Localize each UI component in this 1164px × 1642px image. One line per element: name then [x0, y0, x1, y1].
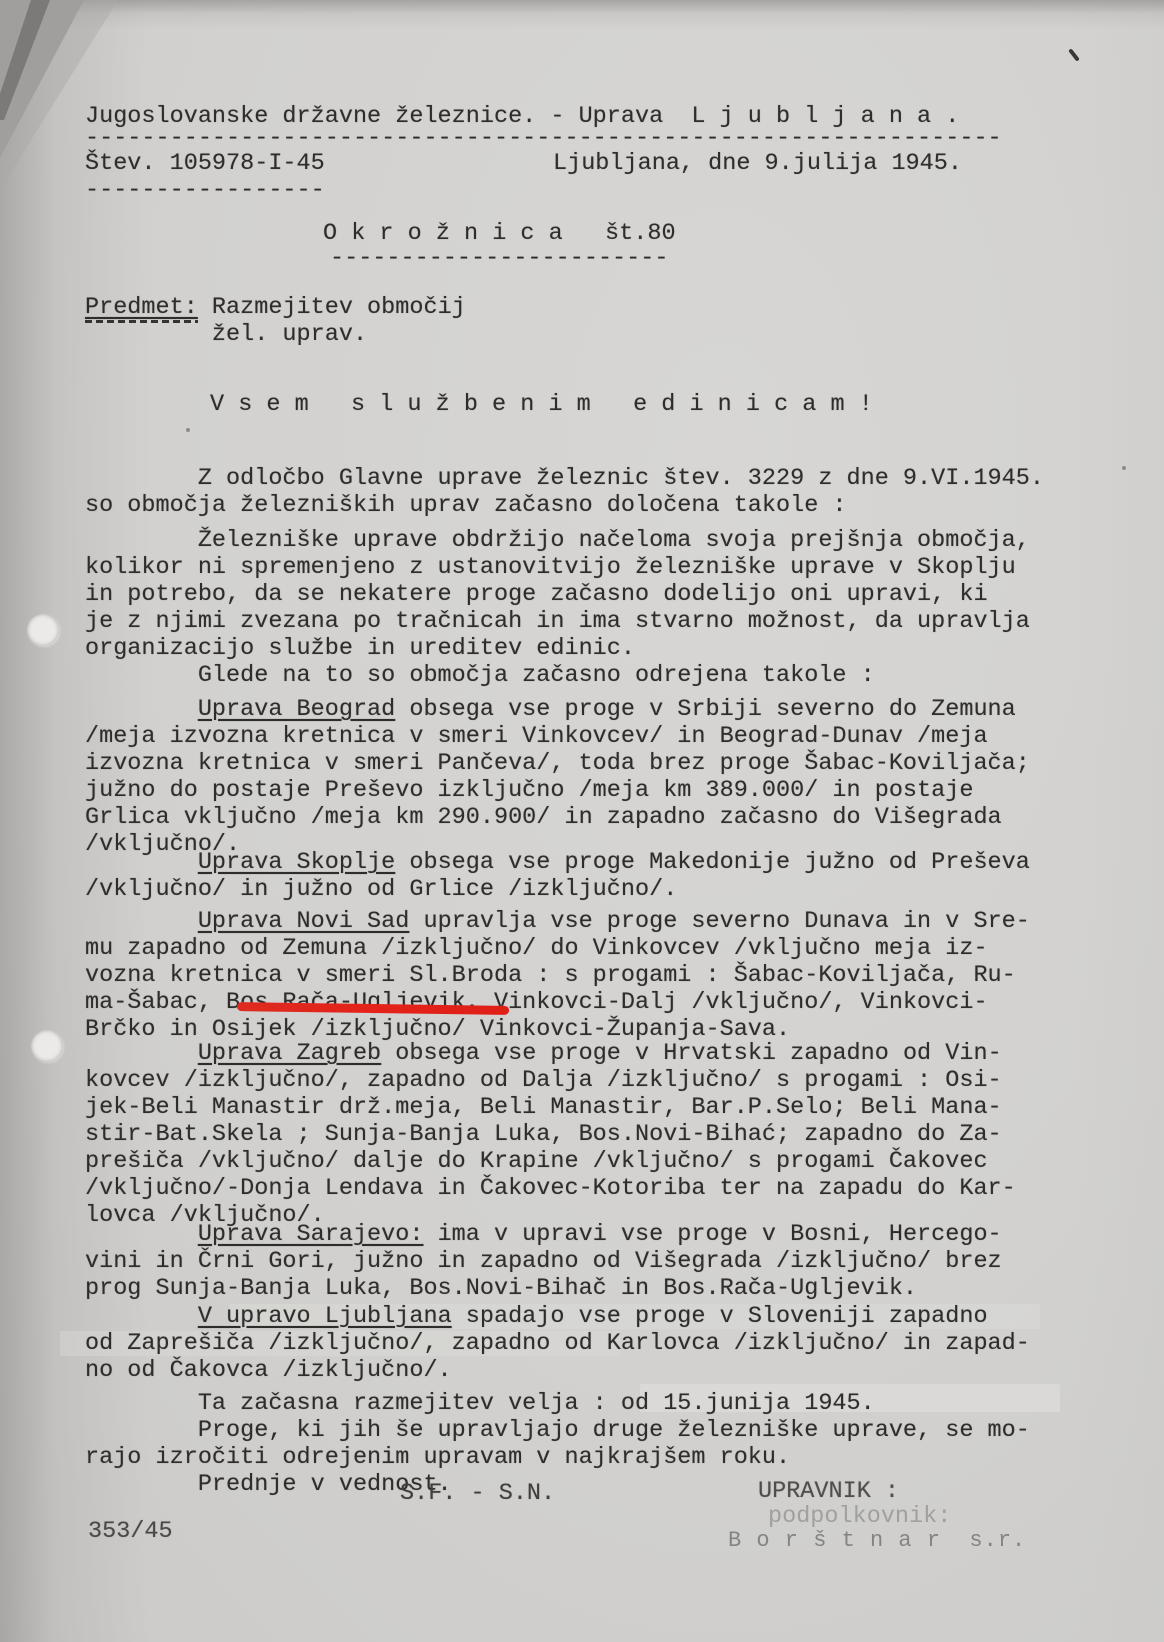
- reference-number: Štev. 105978-I-45: [85, 150, 325, 177]
- file-number: 353/45: [88, 1518, 173, 1545]
- intro-paragraph: Z odločbo Glavne uprave železnic štev. 3…: [85, 465, 1044, 519]
- document-page: Jugoslovanske državne železnice. - Uprav…: [0, 0, 1164, 1642]
- hole-punch: [31, 1030, 63, 1062]
- paragraph-uprava-novi-sad: Uprava Novi Sad upravlja vse proge sever…: [85, 908, 1030, 1043]
- rule-full: ----------------------------------------…: [85, 125, 1002, 152]
- ink-mark: [1068, 48, 1080, 61]
- paragraph-uprava-zagreb: Uprava Zagreb obsega vse proge v Hrvatsk…: [85, 1040, 1016, 1229]
- signature-name: B o r š t n a r s.r.: [728, 1527, 1026, 1554]
- rule-title: ------------------------: [330, 245, 668, 272]
- paragraph-uprava-beograd: Uprava Beograd obsega vse proge v Srbiji…: [85, 696, 1030, 858]
- glede-line: Glede na to so območja začasno odrejena …: [85, 662, 875, 689]
- subject-dashed-underline: [85, 320, 198, 323]
- paragraph-uprava-sarajevo: Uprava Sarajevo: ima v upravi vse proge …: [85, 1221, 1002, 1302]
- salutation: V s e m s l u ž b e n i m e d i n i c a …: [210, 391, 873, 418]
- paragraph-uprava-skoplje: Uprava Skoplje obsega vse proge Makedoni…: [85, 849, 1030, 903]
- circular-title: O k r o ž n i c a št.80: [323, 220, 676, 247]
- signature-rank: podpolkovnik:: [768, 1503, 951, 1530]
- signature-title: UPRAVNIK :: [758, 1478, 899, 1505]
- paragraph-uprava-ljubljana: V upravo Ljubljana spadajo vse proge v S…: [85, 1303, 1030, 1384]
- ink-speck: [186, 428, 190, 432]
- rule-short: -----------------: [85, 177, 325, 204]
- ink-speck: [1122, 466, 1126, 470]
- initials: S.F. - S.N.: [400, 1480, 555, 1507]
- date-line: Ljubljana, dne 9.julija 1945.: [553, 150, 962, 177]
- hole-punch: [27, 614, 59, 646]
- principle-paragraph: Železniške uprave obdržijo načeloma svoj…: [85, 527, 1030, 662]
